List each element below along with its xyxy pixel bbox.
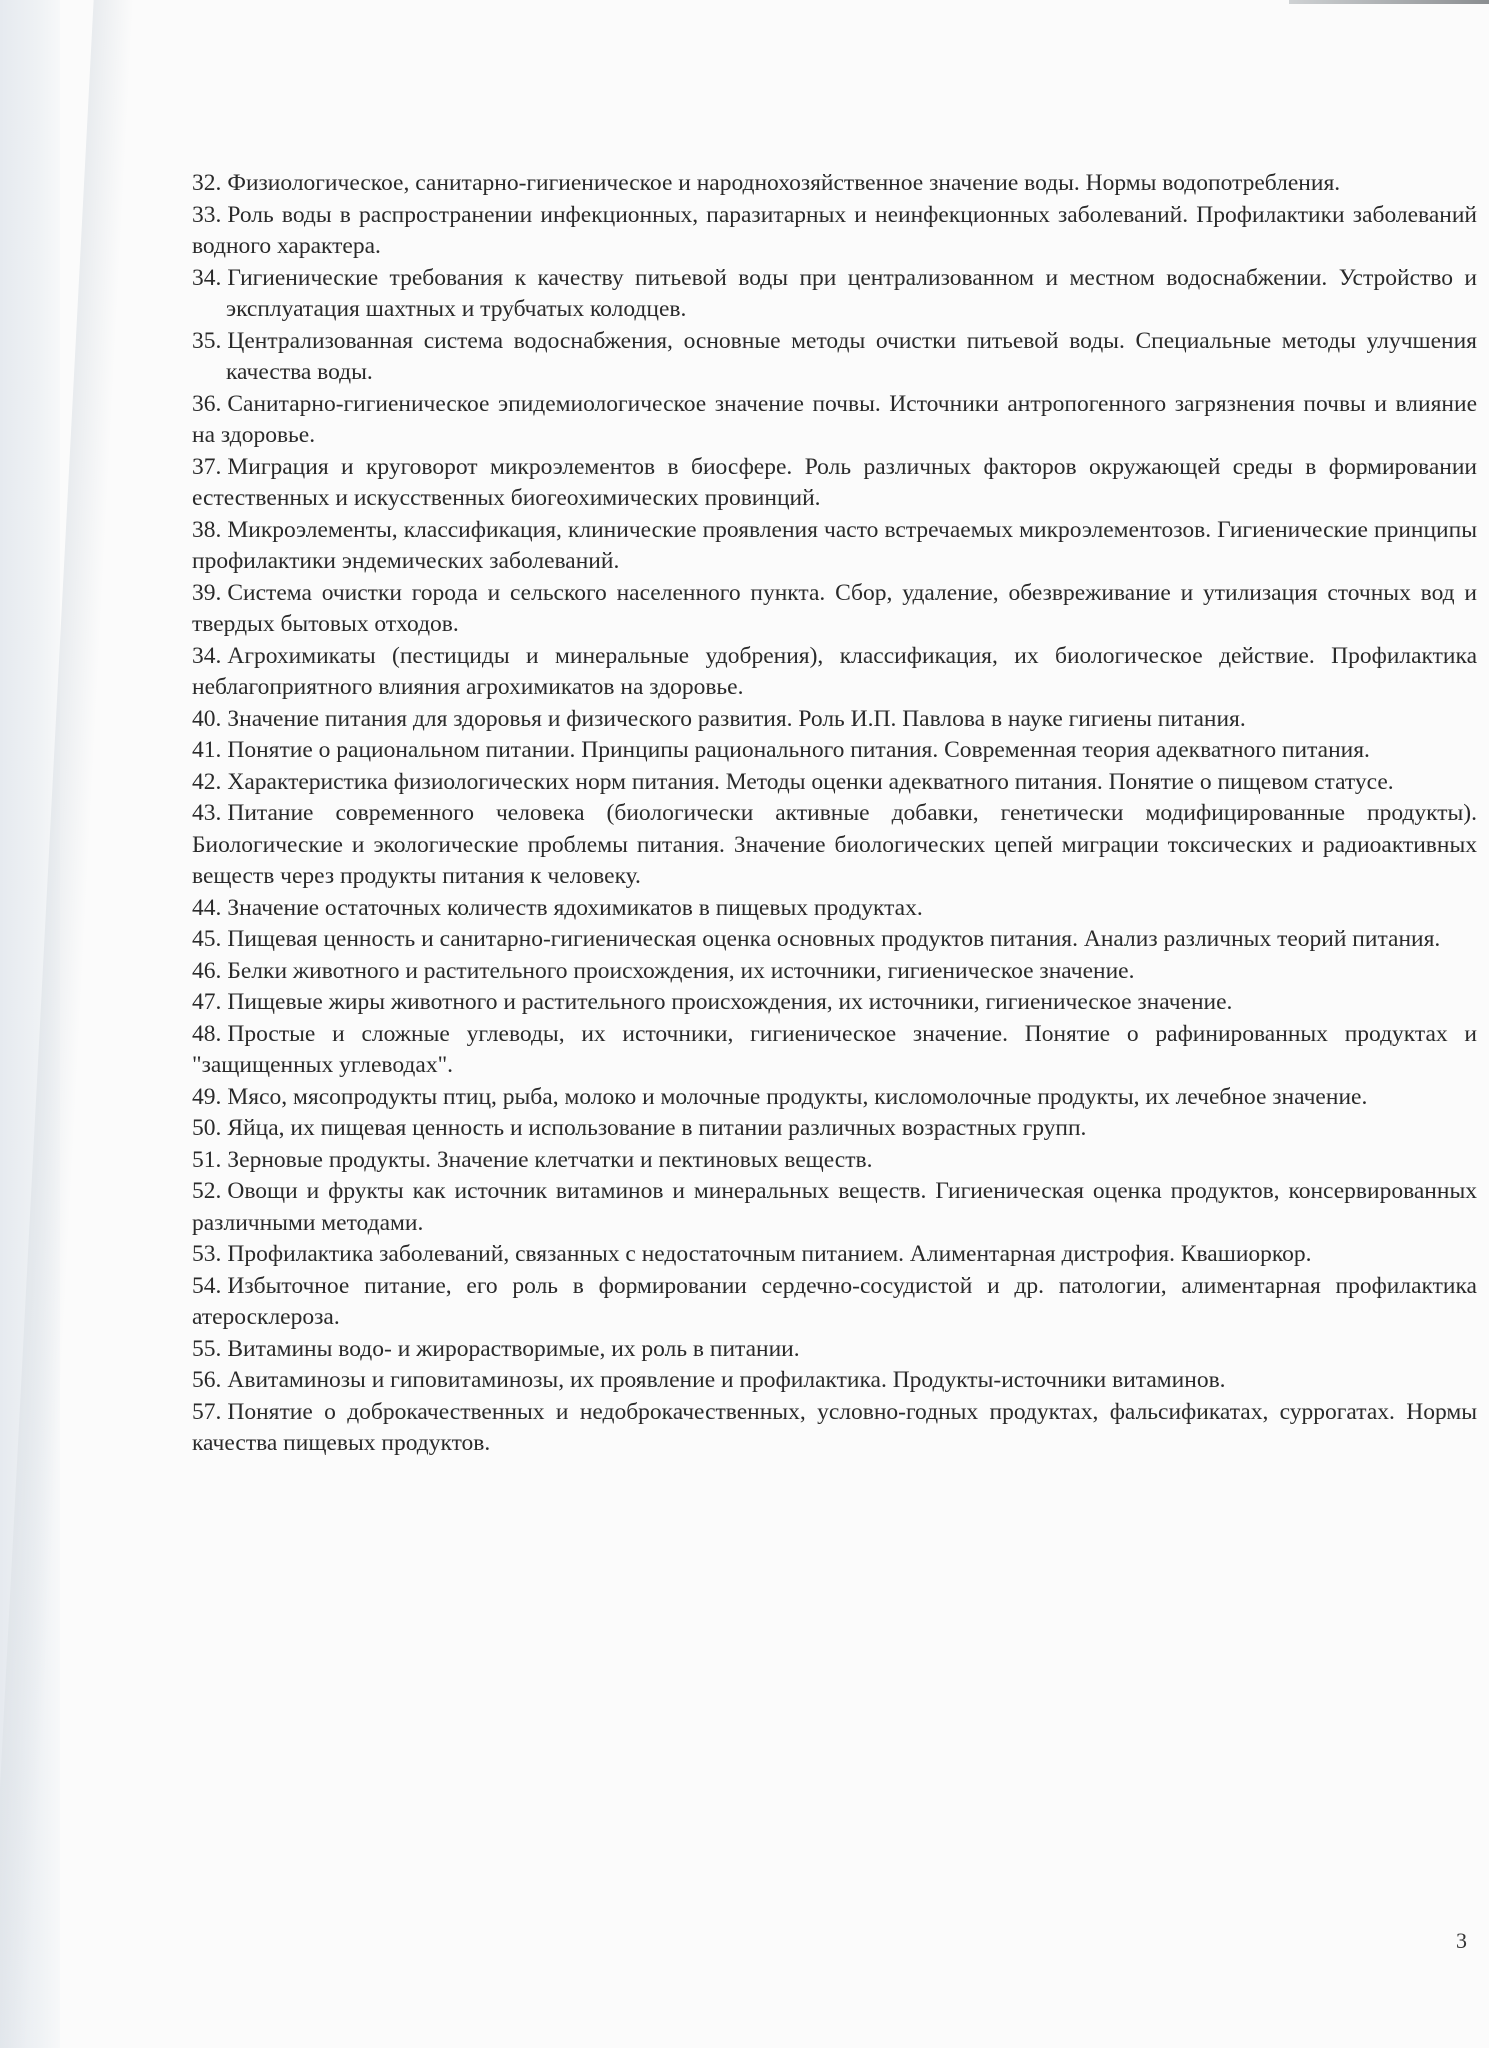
list-item-56: 56.Авитаминозы и гиповитаминозы, их проя…: [192, 1365, 1477, 1397]
item-text: Мясо, мясопродукты птиц, рыба, молоко и …: [227, 1084, 1367, 1110]
item-text: Физиологическое, санитарно-гигиеническое…: [227, 170, 1340, 196]
item-text: Санитарно-гигиеническое эпидемиологическ…: [192, 391, 1477, 449]
item-number: 35.: [192, 328, 221, 354]
item-number: 42.: [192, 769, 221, 795]
item-text: Витамины водо- и жирорастворимые, их рол…: [227, 1336, 799, 1362]
list-item-42: 42.Характеристика физиологических норм п…: [192, 767, 1477, 799]
item-text: Гигиенические требования к качеству пить…: [226, 265, 1477, 323]
list-item-32: 32.Физиологическое, санитарно-гигиеничес…: [192, 168, 1477, 200]
item-number: 37.: [192, 454, 221, 480]
item-text: Значение питания для здоровья и физическ…: [227, 706, 1245, 732]
list-item-35: 35.Централизованная система водоснабжени…: [192, 326, 1477, 389]
list-item-34: 34.Гигиенические требования к качеству п…: [192, 263, 1477, 326]
item-number: 45.: [192, 926, 221, 952]
item-text: Авитаминозы и гиповитаминозы, их проявле…: [227, 1367, 1225, 1393]
item-number: 34.: [192, 643, 221, 669]
list-item-54: 54.Избыточное питание, его роль в формир…: [192, 1271, 1477, 1334]
list-item-55: 55.Витамины водо- и жирорастворимые, их …: [192, 1334, 1477, 1366]
item-text: Профилактика заболеваний, связанных с не…: [227, 1241, 1311, 1267]
item-number: 54.: [192, 1273, 221, 1299]
list-item-36: 36.Санитарно-гигиеническое эпидемиологич…: [192, 389, 1477, 452]
item-number: 34.: [192, 265, 221, 291]
list-item-50: 50.Яйца, их пищевая ценность и использов…: [192, 1113, 1477, 1145]
item-number: 41.: [192, 737, 221, 763]
item-text: Белки животного и растительного происхож…: [227, 958, 1134, 984]
item-text: Понятие о доброкачественных и недоброкач…: [192, 1399, 1477, 1457]
item-text: Овощи и фрукты как источник витаминов и …: [192, 1178, 1477, 1236]
list-item-41: 41.Понятие о рациональном питании. Принц…: [192, 735, 1477, 767]
list-item-46: 46.Белки животного и растительного проис…: [192, 956, 1477, 988]
item-text: Питание современного человека (биологиче…: [192, 800, 1477, 889]
list-item-38: 38.Микроэлементы, классификация, клиниче…: [192, 515, 1477, 578]
list-item-53: 53.Профилактика заболеваний, связанных с…: [192, 1239, 1477, 1271]
item-text: Система очистки города и сельского насел…: [192, 580, 1477, 638]
item-text: Централизованная система водоснабжения, …: [226, 328, 1477, 386]
item-text: Роль воды в распространении инфекционных…: [192, 202, 1477, 260]
item-text: Значение остаточных количеств ядохимикат…: [227, 895, 922, 921]
list-item-49: 49.Мясо, мясопродукты птиц, рыба, молоко…: [192, 1082, 1477, 1114]
item-text: Характеристика физиологических норм пита…: [227, 769, 1393, 795]
item-text: Понятие о рациональном питании. Принципы…: [227, 737, 1370, 763]
item-number: 50.: [192, 1115, 221, 1141]
list-item-37: 37.Миграция и круговорот микроэлементов …: [192, 452, 1477, 515]
list-item-44: 44.Значение остаточных количеств ядохими…: [192, 893, 1477, 925]
list-item-40: 40.Значение питания для здоровья и физич…: [192, 704, 1477, 736]
item-number: 40.: [192, 706, 221, 732]
question-list: 32.Физиологическое, санитарно-гигиеничес…: [192, 168, 1477, 1460]
item-number: 57.: [192, 1399, 221, 1425]
item-number: 33.: [192, 202, 221, 228]
list-item-43: 43.Питание современного человека (биолог…: [192, 798, 1477, 893]
item-number: 36.: [192, 391, 221, 417]
list-item-33: 33.Роль воды в распространении инфекцион…: [192, 200, 1477, 263]
item-text: Яйца, их пищевая ценность и использовани…: [227, 1115, 1086, 1141]
item-number: 32.: [192, 170, 221, 196]
item-text: Микроэлементы, классификация, клинически…: [192, 517, 1477, 575]
scan-top-strip: [1289, 0, 1489, 4]
list-item-48: 48.Простые и сложные углеводы, их источн…: [192, 1019, 1477, 1082]
list-item-45: 45.Пищевая ценность и санитарно-гигиенич…: [192, 924, 1477, 956]
item-number: 48.: [192, 1021, 221, 1047]
page-number: 3: [1456, 1928, 1467, 1954]
item-number: 55.: [192, 1336, 221, 1362]
item-number: 44.: [192, 895, 221, 921]
item-number: 39.: [192, 580, 221, 606]
item-number: 49.: [192, 1084, 221, 1110]
item-number: 53.: [192, 1241, 221, 1267]
item-number: 52.: [192, 1178, 221, 1204]
item-text: Избыточное питание, его роль в формирова…: [192, 1273, 1477, 1331]
item-text: Пищевые жиры животного и растительного п…: [227, 989, 1232, 1015]
item-text: Пищевая ценность и санитарно-гигиеническ…: [227, 926, 1440, 952]
item-text: Миграция и круговорот микроэлементов в б…: [192, 454, 1477, 512]
list-item-47: 47.Пищевые жиры животного и растительног…: [192, 987, 1477, 1019]
item-number: 47.: [192, 989, 221, 1015]
list-item-34b: 34.Агрохимикаты (пестициды и минеральные…: [192, 641, 1477, 704]
list-item-51: 51.Зерновые продукты. Значение клетчатки…: [192, 1145, 1477, 1177]
list-item-39: 39.Система очистки города и сельского на…: [192, 578, 1477, 641]
item-text: Простые и сложные углеводы, их источники…: [192, 1021, 1477, 1079]
list-item-52: 52.Овощи и фрукты как источник витаминов…: [192, 1176, 1477, 1239]
item-number: 56.: [192, 1367, 221, 1393]
item-number: 43.: [192, 800, 221, 826]
list-item-57: 57.Понятие о доброкачественных и недобро…: [192, 1397, 1477, 1460]
item-text: Агрохимикаты (пестициды и минеральные уд…: [192, 643, 1477, 701]
item-number: 51.: [192, 1147, 221, 1173]
item-number: 38.: [192, 517, 221, 543]
item-number: 46.: [192, 958, 221, 984]
item-text: Зерновые продукты. Значение клетчатки и …: [227, 1147, 872, 1173]
